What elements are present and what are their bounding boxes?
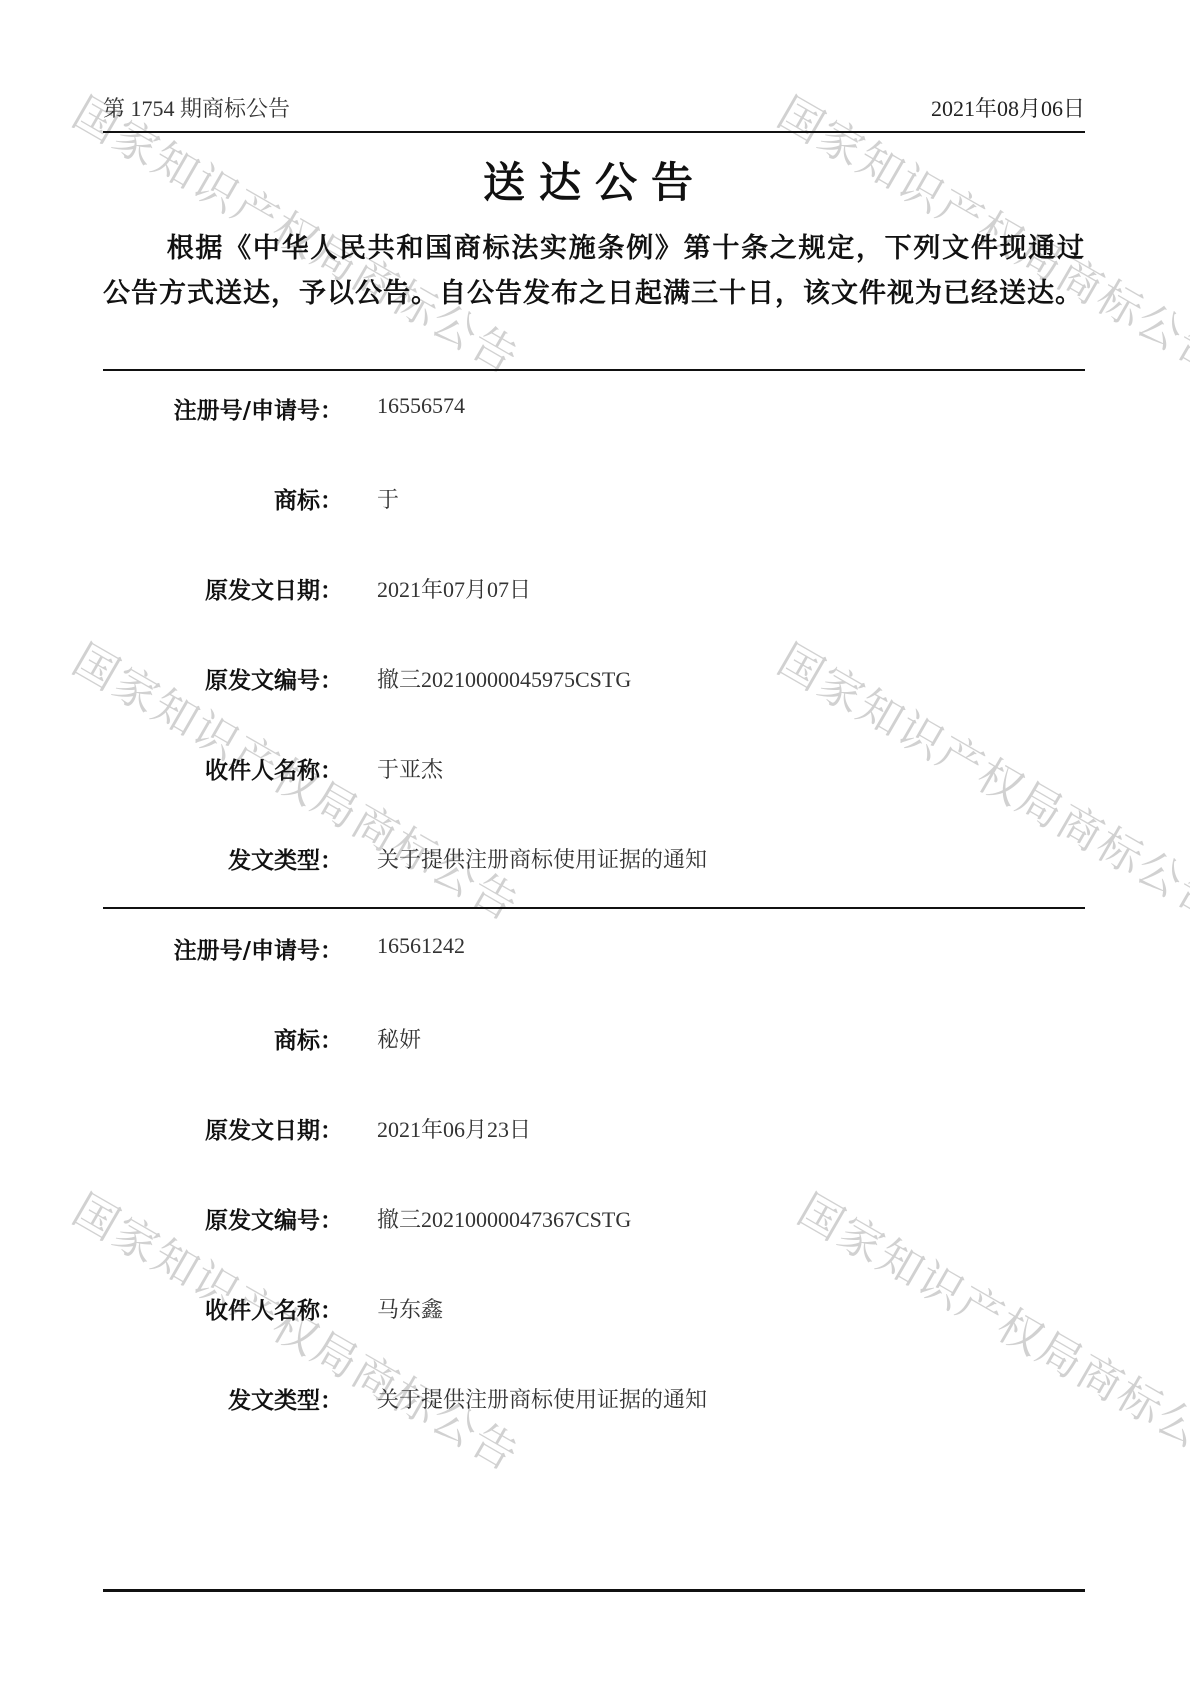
field-value: 撤三20210000047367CSTG <box>377 1203 631 1234</box>
field-reg-no: 注册号/申请号： 16556574 <box>0 392 1190 432</box>
field-label: 发文类型： <box>228 1382 343 1415</box>
field-trademark: 商标： 秘妍 <box>0 1022 1190 1062</box>
field-label: 发文类型： <box>228 842 343 875</box>
field-value: 关于提供注册商标使用证据的通知 <box>377 1383 707 1414</box>
field-value: 16561242 <box>377 933 465 959</box>
page-title: 送达公告 <box>0 150 1190 210</box>
gazette-page: 国家知识产权局商标公告 国家知识产权局商标公告 国家知识产权局商标公告 国家知识… <box>0 0 1190 1684</box>
field-orig-date: 原发文日期： 2021年06月23日 <box>0 1112 1190 1152</box>
field-value: 2021年06月23日 <box>377 1113 531 1144</box>
intro-text: 根据《中华人民共和国商标法实施条例》第十条之规定，下列文件现通过公告方式送达，予… <box>103 233 1085 309</box>
field-label: 原发文日期： <box>205 572 343 605</box>
page-header: 第 1754 期商标公告 2021年08月06日 <box>103 92 1085 132</box>
field-label: 原发文日期： <box>205 1112 343 1145</box>
field-label: 收件人名称： <box>205 752 343 785</box>
header-divider <box>103 131 1085 133</box>
issue-number: 第 1754 期商标公告 <box>103 92 290 123</box>
field-label: 注册号/申请号： <box>174 932 343 965</box>
field-doc-type: 发文类型： 关于提供注册商标使用证据的通知 <box>0 842 1190 882</box>
field-orig-no: 原发文编号： 撤三20210000047367CSTG <box>0 1202 1190 1242</box>
section-divider <box>103 369 1085 371</box>
intro-paragraph: 根据《中华人民共和国商标法实施条例》第十条之规定，下列文件现通过公告方式送达，予… <box>103 226 1085 316</box>
field-value: 马东鑫 <box>377 1293 443 1324</box>
field-label: 注册号/申请号： <box>174 392 343 425</box>
field-label: 收件人名称： <box>205 1292 343 1325</box>
field-value: 撤三20210000045975CSTG <box>377 663 631 694</box>
field-value: 秘妍 <box>377 1023 421 1054</box>
field-reg-no: 注册号/申请号： 16561242 <box>0 932 1190 972</box>
field-value: 于 <box>377 483 399 514</box>
field-label: 原发文编号： <box>205 662 343 695</box>
field-value: 于亚杰 <box>377 753 443 784</box>
field-recipient: 收件人名称： 于亚杰 <box>0 752 1190 792</box>
field-label: 原发文编号： <box>205 1202 343 1235</box>
field-orig-date: 原发文日期： 2021年07月07日 <box>0 572 1190 612</box>
field-doc-type: 发文类型： 关于提供注册商标使用证据的通知 <box>0 1382 1190 1422</box>
record-divider <box>103 907 1085 909</box>
field-value: 16556574 <box>377 393 465 419</box>
field-trademark: 商标： 于 <box>0 482 1190 522</box>
field-label: 商标： <box>274 482 343 515</box>
footer-divider <box>103 1589 1085 1592</box>
field-value: 关于提供注册商标使用证据的通知 <box>377 843 707 874</box>
field-recipient: 收件人名称： 马东鑫 <box>0 1292 1190 1332</box>
field-value: 2021年07月07日 <box>377 573 531 604</box>
field-orig-no: 原发文编号： 撤三20210000045975CSTG <box>0 662 1190 702</box>
issue-date: 2021年08月06日 <box>931 92 1085 123</box>
field-label: 商标： <box>274 1022 343 1055</box>
